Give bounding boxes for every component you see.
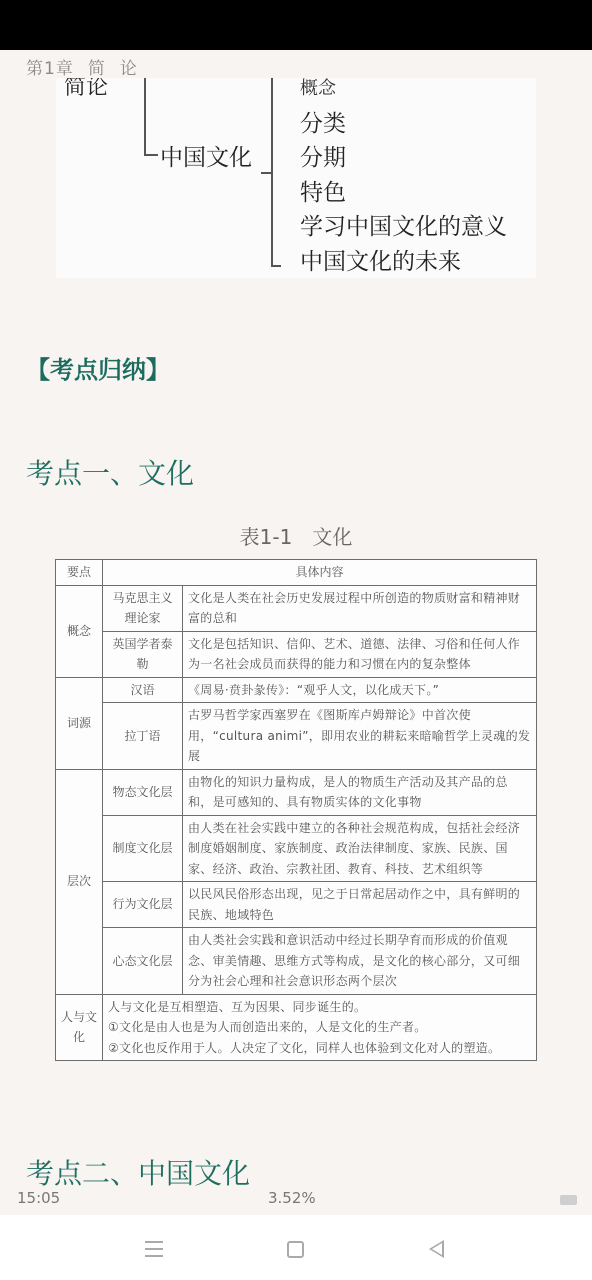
table-key-cell: 层次 [56,769,103,994]
back-icon [429,1240,444,1258]
mindmap-cut-label: 简论 [64,78,108,101]
table-caption: 表1-1文化 [0,521,592,550]
mindmap-leaf: 分类 [300,107,507,142]
table-sub-cell: 英国学者泰勒 [103,631,183,677]
table-text-cell: 文化是包括知识、信仰、艺术、道德、法律、习俗和任何人作为一名社会成员而获得的能力… [183,631,537,677]
chapter-title-1: 简 [88,59,106,79]
table-row: 人与文化 人与文化是互相塑造、互为因果、同步诞生的。 ①文化是由人也是为人而创造… [56,994,537,1061]
chapter-title-2: 论 [120,59,138,79]
table-row: 拉丁语 古罗马哲学家西塞罗在《图斯库卢姆辩论》中首次使用，“cultura an… [56,703,537,770]
mindmap-connector [144,154,158,156]
table-text-cell: 文化是人类在社会历史发展过程中所创造的物质财富和精神财富的总和 [183,585,537,631]
mindmap-leaf: 概念 [300,78,507,107]
table-header-key: 要点 [56,560,103,586]
mindmap-leaf: 学习中国文化的意义 [300,210,507,245]
table-row: 心态文化层 由人类社会实践和意识活动中经过长期孕育而形成的价值观念、审美情趣、思… [56,928,537,995]
table-header-content: 具体内容 [103,560,537,586]
navigation-bar [0,1215,592,1280]
clock-time: 15:05 [17,1189,60,1207]
back-button[interactable] [418,1231,454,1267]
table-text-cell: 古罗马哲学家西塞罗在《图斯库卢姆辩论》中首次使用，“cultura animi”… [183,703,537,770]
running-header: 第1章简论 [26,54,152,79]
mindmap-connector [144,78,146,156]
menu-icon [145,1241,163,1257]
table-text-line: 人与文化是互相塑造、互为因果、同步诞生的。 [108,997,531,1018]
home-button[interactable] [277,1231,313,1267]
table-row: 词源 汉语 《周易·贲卦彖传》：“观乎人文，以化成天下。” [56,677,537,703]
table-text-cell: 《周易·贲卦彖传》：“观乎人文，以化成天下。” [183,677,537,703]
table-header-row: 要点 具体内容 [56,560,537,586]
table-text-line: ①文化是由人也是为人而创造出来的，人是文化的生产者。 [108,1017,531,1038]
table-sub-cell: 汉语 [103,677,183,703]
table-sub-cell: 制度文化层 [103,815,183,882]
mindmap-node-chinese-culture: 中国文化 [160,139,252,172]
table-caption-title: 文化 [312,525,352,549]
table-text-cell: 以民风民俗形态出现，见之于日常起居动作之中，具有鲜明的民族、地域特色 [183,882,537,928]
table-row: 层次 物态文化层 由物化的知识力量构成，是人的物质生产活动及其产品的总和，是可感… [56,769,537,815]
table-sub-cell: 心态文化层 [103,928,183,995]
table-key-cell: 词源 [56,677,103,769]
table-text-cell: 由物化的知识力量构成，是人的物质生产活动及其产品的总和，是可感知的、具有物质实体… [183,769,537,815]
table-row: 制度文化层 由人类在社会实践中建立的各种社会规范构成，包括社会经济制度婚姻制度、… [56,815,537,882]
section-heading: 【考点归纳】 [26,350,170,385]
mindmap-figure: 简论 中国文化 概念 分类 分期 特色 学习中国文化的意义 中国文化的未来 [56,78,536,278]
chapter-number: 第1章 [26,59,74,79]
mindmap-leaves: 概念 分类 分期 特色 学习中国文化的意义 中国文化的未来 [300,78,507,278]
status-bar [0,0,592,50]
culture-table: 要点 具体内容 概念 马克思主义理论家 文化是人类在社会历史发展过程中所创造的物… [55,559,537,1061]
table-sub-cell: 行为文化层 [103,882,183,928]
mindmap-bracket [271,78,281,267]
home-icon [287,1241,304,1258]
reader-footer: 15:05 3.52% [0,1188,592,1212]
table-row: 英国学者泰勒 文化是包括知识、信仰、艺术、道德、法律、习俗和任何人作为一名社会成… [56,631,537,677]
table-text-cell: 由人类社会实践和意识活动中经过长期孕育而形成的价值观念、审美情趣、思维方式等构成… [183,928,537,995]
menu-button[interactable] [136,1231,172,1267]
table-key-cell: 人与文化 [56,994,103,1061]
table-caption-number: 表1-1 [240,525,293,549]
topic-heading-1: 考点一、文化 [26,452,194,492]
mindmap-leaf: 中国文化的未来 [300,245,507,279]
table-text-line: ②文化也反作用于人。人决定了文化，同样人也体验到文化对人的塑造。 [108,1038,531,1059]
table-sub-cell: 马克思主义理论家 [103,585,183,631]
table-text-cell: 人与文化是互相塑造、互为因果、同步诞生的。 ①文化是由人也是为人而创造出来的，人… [103,994,537,1061]
table-text-cell: 由人类在社会实践中建立的各种社会规范构成，包括社会经济制度婚姻制度、家族制度、政… [183,815,537,882]
mindmap-leaf: 分期 [300,141,507,176]
topic-heading-2: 考点二、中国文化 [26,1152,250,1192]
table-row: 行为文化层 以民风民俗形态出现，见之于日常起居动作之中，具有鲜明的民族、地域特色 [56,882,537,928]
table-key-cell: 概念 [56,585,103,677]
table-row: 概念 马克思主义理论家 文化是人类在社会历史发展过程中所创造的物质财富和精神财富… [56,585,537,631]
table-sub-cell: 拉丁语 [103,703,183,770]
reading-progress: 3.52% [268,1189,316,1207]
table-sub-cell: 物态文化层 [103,769,183,815]
mindmap-leaf: 特色 [300,176,507,211]
battery-icon [560,1195,577,1205]
